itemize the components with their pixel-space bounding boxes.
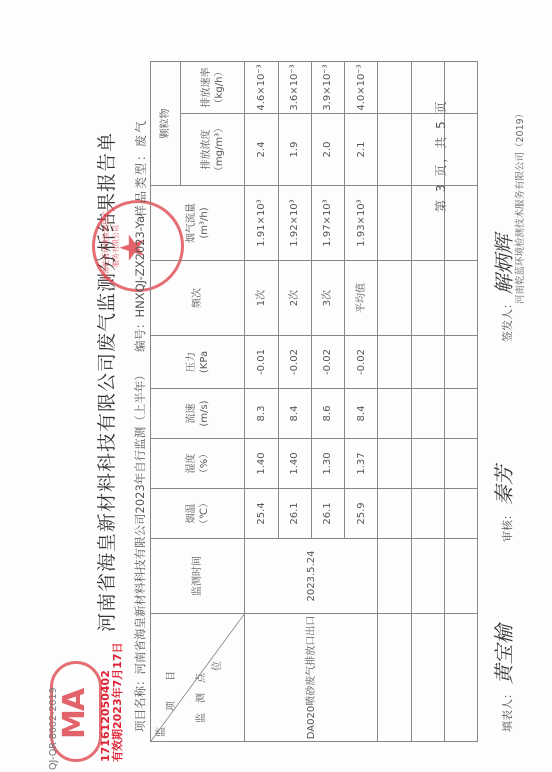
header-particulate: 颗粒物: [151, 62, 181, 186]
reviewer-label: 审核：: [501, 509, 514, 542]
empty-cell: [444, 489, 477, 539]
header-rate: 排放速率（kg/h）: [181, 62, 245, 114]
cell-humidity: 1.40: [278, 439, 311, 489]
empty-cell: [378, 439, 411, 489]
corner-header: 监 项 目 监 测 点 位: [151, 614, 245, 742]
empty-cell: [411, 614, 444, 742]
report-code: 编号：HNXQJ-ZX2023-Ya: [132, 216, 148, 352]
corner-bottom: 监 测 点: [195, 673, 208, 723]
cell-freq: 3次: [311, 261, 344, 336]
header-frequency: 频次: [151, 261, 245, 336]
cell-humidity: 1.40: [245, 439, 278, 489]
empty-cell: [444, 186, 477, 261]
reviewer: 审核： 秦芳: [488, 466, 517, 543]
cell-temp: 25.4: [245, 489, 278, 539]
table-row-empty: [378, 62, 411, 742]
empty-cell: [378, 614, 411, 742]
empty-cell: [444, 114, 477, 186]
header-pressure: 压力(KPa: [151, 336, 245, 389]
header-velocity: 流速(m/s): [151, 389, 245, 439]
filler-signature: 黄宝榆: [492, 625, 516, 685]
empty-cell: [411, 439, 444, 489]
cell-conc: 1.9: [278, 114, 311, 186]
empty-cell: [411, 489, 444, 539]
cma-mark: MA: [57, 690, 92, 739]
corner-label: 监: [155, 727, 168, 737]
empty-cell: [411, 539, 444, 614]
empty-cell: [411, 336, 444, 389]
monitoring-date: 2023.5.24: [245, 539, 378, 614]
cell-temp: 26.1: [278, 489, 311, 539]
cell-rate: 3.6×10⁻³: [278, 62, 311, 114]
empty-cell: [378, 62, 411, 114]
empty-cell: [444, 539, 477, 614]
header-concentration: 排放浓度（mg/m³）: [181, 114, 245, 186]
cell-flow: 1.97×10³: [311, 186, 344, 261]
company-footer: 河南乾蓝环境检测技术服务有限公司（2019）: [512, 109, 526, 304]
empty-cell: [411, 389, 444, 439]
cell-humidity: 1.37: [345, 439, 378, 489]
empty-cell: [444, 614, 477, 742]
cell-conc: 2.0: [311, 114, 344, 186]
corner-bottom-2: 位: [211, 661, 224, 671]
cell-flow: 1.93×10³: [345, 186, 378, 261]
header-temp: 烟温（℃）: [151, 489, 245, 539]
empty-cell: [444, 261, 477, 336]
cell-velocity: 8.3: [245, 389, 278, 439]
cell-flow: 1.92×10³: [278, 186, 311, 261]
empty-cell: [378, 261, 411, 336]
cell-velocity: 8.6: [311, 389, 344, 439]
cell-freq: 2次: [278, 261, 311, 336]
cell-humidity: 1.30: [311, 439, 344, 489]
cell-velocity: 8.4: [345, 389, 378, 439]
empty-cell: [444, 439, 477, 489]
header-humidity: 湿度（%）: [151, 439, 245, 489]
cell-temp: 26.1: [311, 489, 344, 539]
table-row: DA020喷砂废气排放口出口2023.5.2425.41.408.3-0.011…: [245, 62, 278, 742]
empty-cell: [378, 186, 411, 261]
rotated-report-page: MA QJ-QR-8002-2019 171612050402 有效期2023年…: [0, 0, 552, 772]
cell-flow: 1.91×10³: [245, 186, 278, 261]
empty-cell: [444, 62, 477, 114]
empty-cell: [378, 389, 411, 439]
corner-top: 项 目: [165, 671, 178, 711]
cell-conc: 2.1: [345, 114, 378, 186]
issuer-label: 签发人：: [501, 298, 514, 342]
cell-freq: 1次: [245, 261, 278, 336]
cell-pressure: -0.02: [345, 336, 378, 389]
page-number: 第 3 页，共 5 页: [432, 99, 449, 212]
empty-cell: [444, 389, 477, 439]
cell-pressure: -0.02: [278, 336, 311, 389]
project-name: 项目名称：河南省海皇新材料科技有限公司2023年自行监测（上半年）: [132, 369, 148, 732]
cell-freq: 平均值: [345, 261, 378, 336]
cell-velocity: 8.4: [278, 389, 311, 439]
report-title: 河南省海皇新材料科技有限公司废气监测分析结果报告单: [92, 32, 119, 732]
filler: 填表人： 黄宝榆: [488, 625, 517, 733]
filler-label: 填表人：: [501, 688, 514, 732]
empty-cell: [411, 261, 444, 336]
sample-type: 样品类型：废气: [132, 119, 149, 217]
empty-cell: [378, 114, 411, 186]
empty-cell: [378, 539, 411, 614]
cell-rate: 4.6×10⁻³: [245, 62, 278, 114]
empty-cell: [378, 489, 411, 539]
results-table: 监 项 目 监 测 点 位 监测时间 烟温（℃） 湿度（%） 流速(m/s) 压…: [150, 61, 478, 742]
table-row-empty: [444, 62, 477, 742]
header-flow: 烟气流量(m³/h): [151, 186, 245, 261]
form-code: QJ-QR-8002-2019: [48, 687, 59, 770]
reviewer-signature: 秦芳: [492, 466, 516, 506]
cell-pressure: -0.01: [245, 336, 278, 389]
empty-cell: [378, 336, 411, 389]
cell-conc: 2.4: [245, 114, 278, 186]
monitoring-point: DA020喷砂废气排放口出口: [245, 614, 378, 742]
empty-cell: [444, 336, 477, 389]
cell-rate: 4.0×10⁻³: [345, 62, 378, 114]
cell-temp: 25.9: [345, 489, 378, 539]
cell-pressure: -0.02: [311, 336, 344, 389]
cell-rate: 3.9×10⁻³: [311, 62, 344, 114]
header-time: 监测时间: [151, 539, 245, 614]
